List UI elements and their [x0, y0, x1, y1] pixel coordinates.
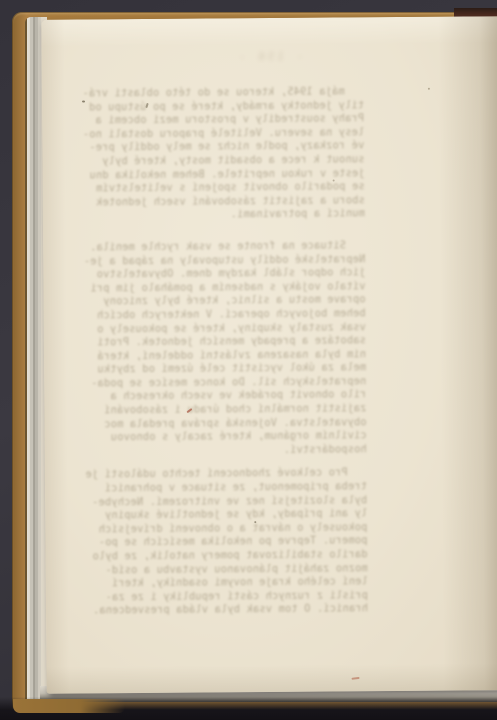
- bleed-through-text: mája 1945, kterou se do této oblasti vrá…: [72, 85, 368, 618]
- bleed-paragraph: Pro celkové zhodnocení techto událostí j…: [75, 467, 368, 619]
- dust-speck: [333, 180, 335, 182]
- page-number-smudge: - 156 -: [236, 50, 303, 64]
- dust-speck: [82, 100, 85, 102]
- bleed-text-line: municí a potravinami.: [73, 208, 365, 224]
- dust-speck: [254, 521, 256, 523]
- bleed-paragraph: Situace na fronte se vsak rychle menila.…: [73, 239, 367, 459]
- bleed-text-line: hranicí. O tom vsak byla vláda presvedce…: [76, 603, 368, 619]
- red-ink-mark: [351, 677, 359, 680]
- dust-speck: [428, 88, 430, 90]
- bleed-text-line: hospodárství.: [75, 443, 367, 459]
- book-photo-scene: - 156 - mája 1945, kterou se do této obl…: [0, 0, 497, 720]
- book-page: - 156 - mája 1945, kterou se do této obl…: [41, 16, 497, 694]
- book-cover-bottom-edge: [13, 699, 125, 713]
- bleed-paragraph: mája 1945, kterou se do této oblasti vrá…: [72, 85, 365, 223]
